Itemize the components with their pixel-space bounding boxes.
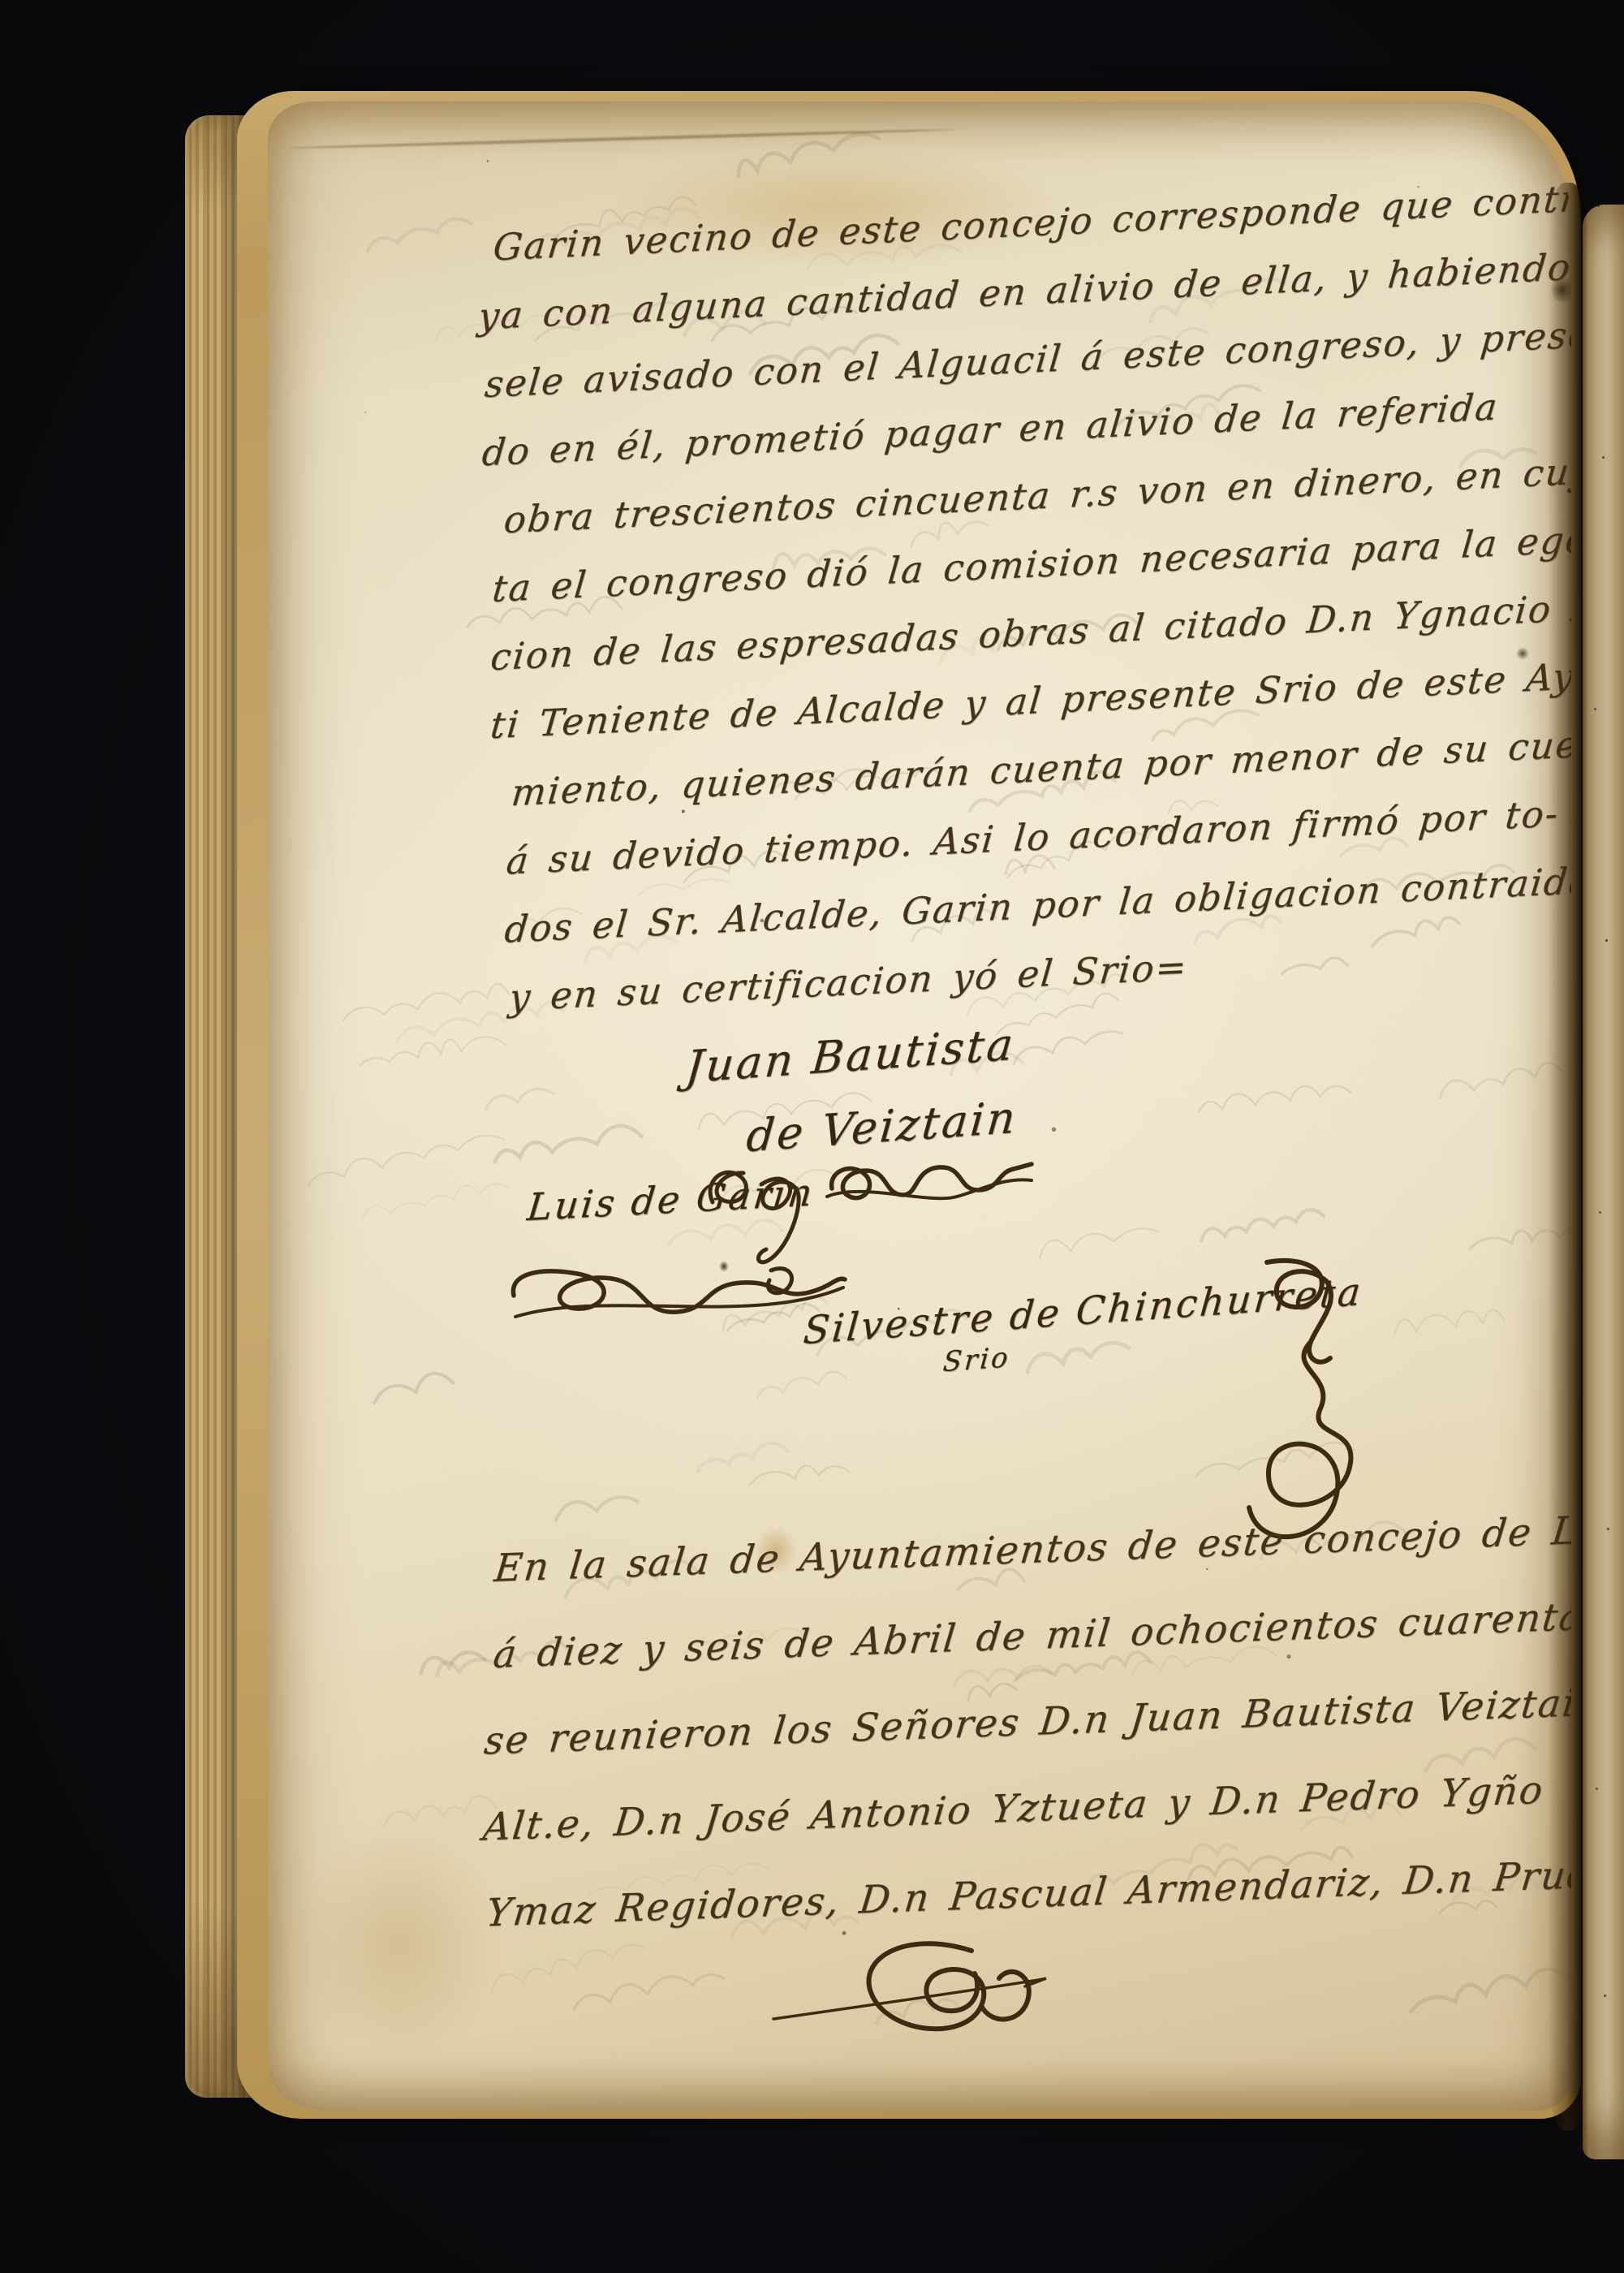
next-page-edge-sliver bbox=[1583, 205, 1624, 2159]
photo-backdrop: Garin vecino de este concejo corresponde… bbox=[0, 0, 1624, 2273]
closing-rubric-flourish bbox=[767, 1928, 1051, 2058]
luis-de-garin-rubric-flourish bbox=[507, 1242, 848, 1335]
manuscript-page: Garin vecino de este concejo corresponde… bbox=[268, 101, 1571, 2111]
gutter-crease-shadow bbox=[1549, 183, 1587, 2131]
signature-juan-bautista-line2: de Veiztain bbox=[744, 1091, 1019, 1162]
manuscript-paragraph-1: Garin vecino de este concejo corresponde… bbox=[463, 167, 1553, 1033]
signature-silvestre-title-srio: Srio bbox=[941, 1341, 1011, 1378]
top-sheet-edge-line bbox=[289, 128, 954, 150]
page-edge-speckles bbox=[1597, 205, 1600, 207]
manuscript-paragraph-2: En la sala de Ayuntamientos de este conc… bbox=[467, 1490, 1561, 1957]
juan-bautista-rubric-flourish bbox=[824, 1153, 1035, 1218]
paper-stain bbox=[292, 1822, 503, 2066]
signature-juan-bautista-line1: Juan Bautista bbox=[683, 1018, 1017, 1093]
